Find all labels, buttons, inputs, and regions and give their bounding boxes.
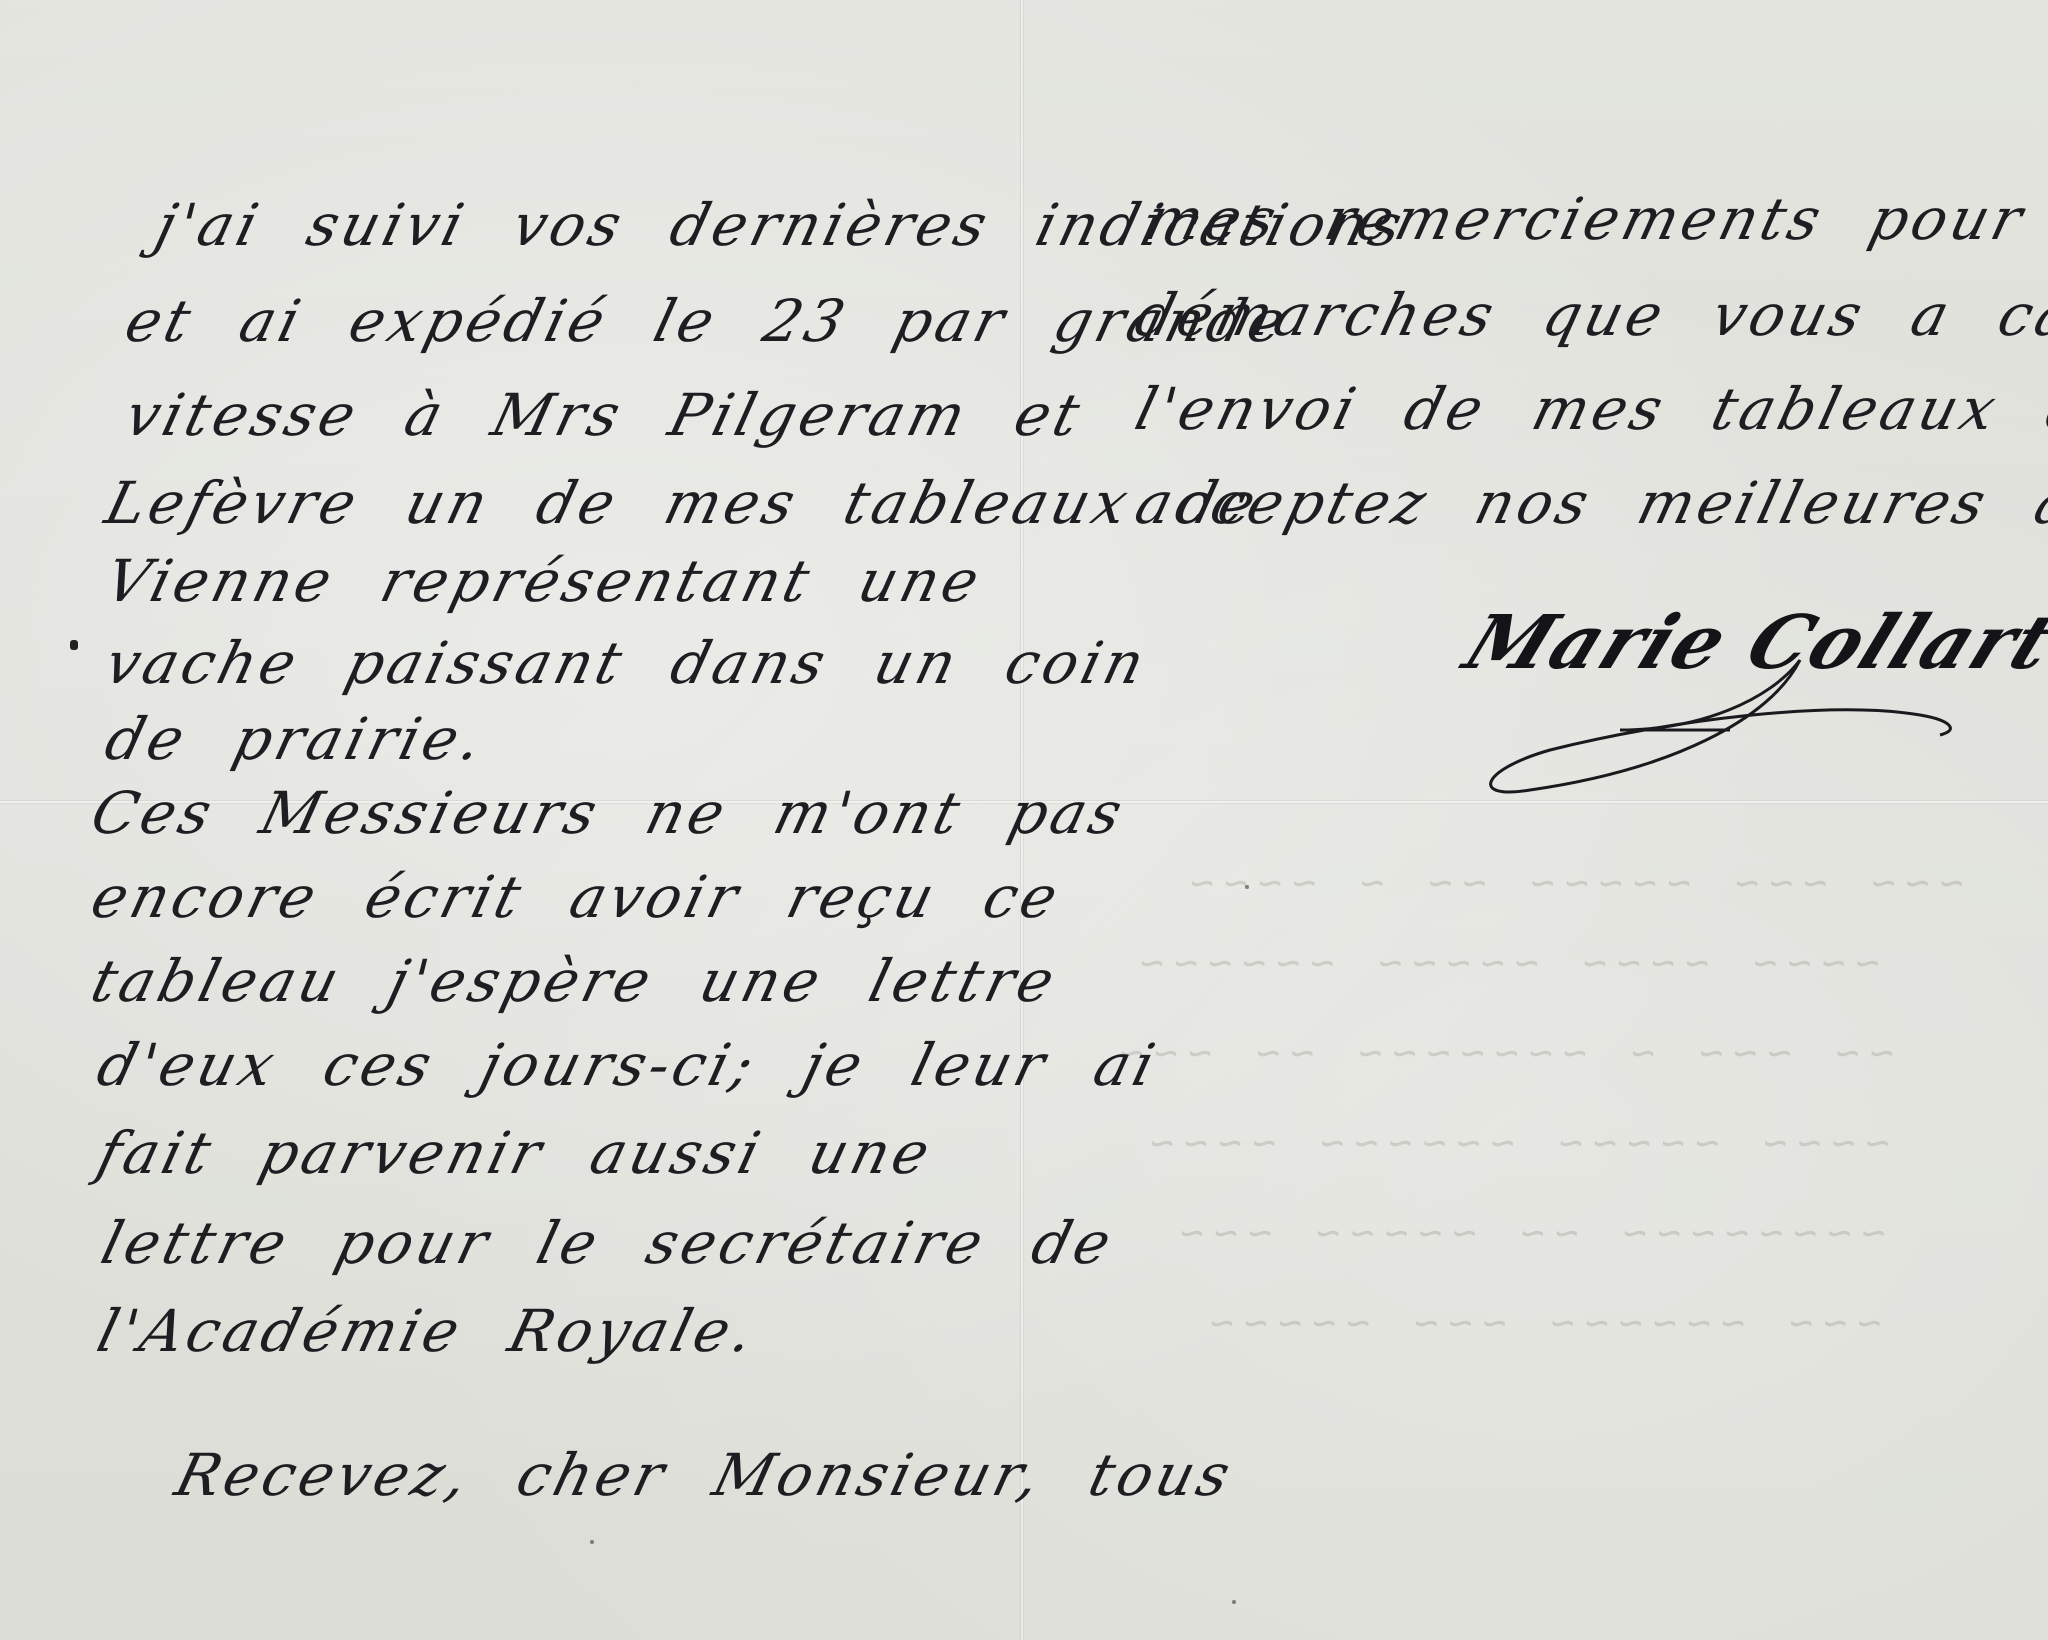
letter-line: démarches que vous a causées — [1130, 286, 2048, 344]
right-page: mes remerciements pour les démarches que… — [0, 0, 2048, 1640]
letter-line: mes remerciements pour les — [1140, 190, 2048, 248]
letter-line: l'envoi de mes tableaux et — [1130, 380, 2048, 438]
letter-line: acceptez nos meilleures amitiés — [1130, 474, 2048, 532]
letter-paper: ~~~ ~~~ ~~~~~ ~~ ~ ~~~~ ~~~~ ~~~~ ~~~~~ … — [0, 0, 2048, 1640]
signature-flourish — [1470, 640, 2030, 840]
